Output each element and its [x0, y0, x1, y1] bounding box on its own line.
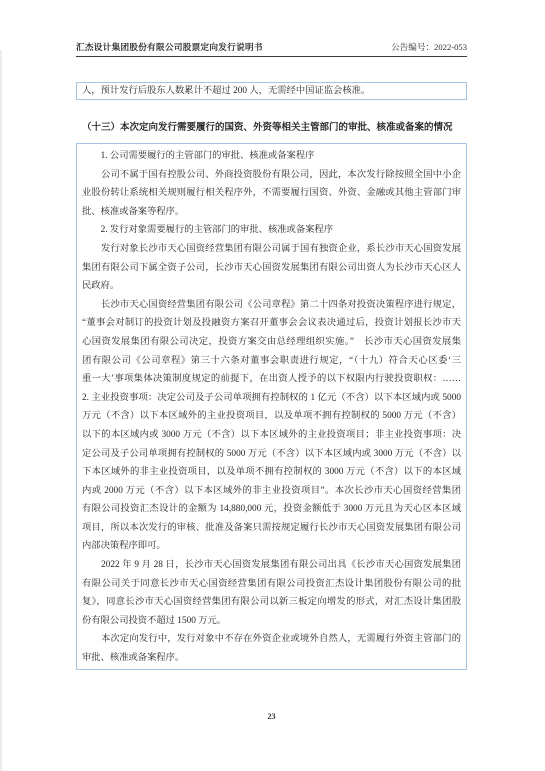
text-line: 2022 年 9 月 28 日，长沙市天心国资发展集团有限公司出具《长沙市天心国… [82, 556, 461, 575]
carryover-text: 人，预计发行后股东人数累计不超过 200 人，无需经中国证监会核准。 [82, 85, 462, 98]
text-line: 审批、核准或备案程序。 [82, 649, 461, 668]
text-line: 民政府。 [82, 277, 461, 296]
text-line: 内部决策程序即可。 [82, 537, 461, 556]
section-heading: （十三）本次定向发行需要履行的国资、外资等相关主管部门的审批、核准或备案的情况 [82, 120, 468, 136]
text-line: 发行对象长沙市天心国资经营集团有限公司属于国有独资企业，系长沙市天心国资发展 [82, 240, 461, 259]
text-line: 复》，同意长沙市天心国资经营集团有限公司以新三板定向增发的形式，对汇杰设计集团股 [82, 593, 461, 612]
text-line: 1. 公司需要履行的主管部门的审批、核准或备案程序 [82, 147, 461, 166]
text-line: 有限公司关于同意长沙市天心国资经营集团有限公司投资汇杰设计集团股份有限公司的批 [82, 575, 461, 594]
document-header-title: 汇杰设计集团股份有限公司股票定向发行说明书 [76, 41, 336, 53]
text-line: 有限公司投资汇杰设计的金额为 14,880,000 元，投资金额低于 3000 … [82, 500, 461, 519]
page-number: 23 [76, 712, 467, 721]
text-line: 心国资发展集团有限公司决定，投资方案交由总经理组织实施。” 长沙市天心国资发展集 [82, 333, 461, 352]
content-box: 1. 公司需要履行的主管部门的审批、核准或备案程序 公司不属于国有控股公司、外商… [76, 143, 467, 670]
text-line: 业股份转让系统相关规则履行相关程序外，不需要履行国资、外资、金融或其他主管部门审 [82, 184, 461, 203]
text-line: 2. 发行对象需要履行的主管部门的审批、核准或备案程序 [82, 221, 461, 240]
scan-edge-artifact [0, 50, 2, 771]
text-line: 长沙市天心国资经营集团有限公司《公司章程》第二十四条对投资决策程序进行规定， [82, 296, 461, 315]
text-line: 重一大’事项集体决策制度规定的前提下，在出资人授予的以下权限内行驶投资职权：…… [82, 370, 461, 389]
text-line: 集团有限公司下属全资子公司，长沙市天心国资发展集团有限公司出资人为长沙市天心区人 [82, 259, 461, 278]
text-line: 批、核准或备案等程序。 [82, 203, 461, 222]
text-line: 万元（不含）以下本区域外的主业投资项目，以及单项不拥有控制权的 5000 万元（… [82, 407, 461, 426]
carryover-text-box: 人，预计发行后股东人数累计不超过 200 人，无需经中国证监会核准。 [76, 82, 467, 100]
text-line: 定公司及子公司单项拥有控制权的 5000 万元（不含）以下本区域内或 3000 … [82, 445, 461, 464]
text-line: 下本区域外的非主业投资项目，以及单项不拥有控制权的 3000 万元（不含）以下的… [82, 463, 461, 482]
header-rule [76, 56, 467, 57]
announcement-number: 公告编号：2022-053 [391, 41, 467, 53]
text-line: 内或 2000 万元（不含）以下本区域外的非主业投资项目”。本次长沙市天心国资经… [82, 482, 461, 501]
text-line: “董事会对制订的投资计划及投融资方案召开董事会会议表决通过后，投资计划报长沙市天 [82, 314, 461, 333]
text-line: 2. 主业投资事项：决定公司及子公司单项拥有控制权的 1 亿元（不含）以下本区域… [82, 389, 461, 408]
text-line: 本次定向发行中，发行对象中不存在外资企业或境外自然人，无需履行外资主管部门的 [82, 630, 461, 649]
document-page: 汇杰设计集团股份有限公司股票定向发行说明书 公告编号：2022-053 人，预计… [0, 0, 545, 771]
text-line: 团有限公司《公司章程》第三十六条对董事会职责进行规定，“（十九）符合天心区委‘三 [82, 352, 461, 371]
text-line: 份有限公司投资不超过 1500 万元。 [82, 612, 461, 631]
text-line: 项目，所以本次发行的审核、批准及备案只需按规定履行长沙市天心国资发展集团有限公司 [82, 519, 461, 538]
text-line: 公司不属于国有控股公司、外商投资股份有限公司，因此，本次发行除按照全国中小企 [82, 166, 461, 185]
text-line: 以下的本区域内或 3000 万元（不含）以下本区域外的主业投资项目；非主业投资事… [82, 426, 461, 445]
